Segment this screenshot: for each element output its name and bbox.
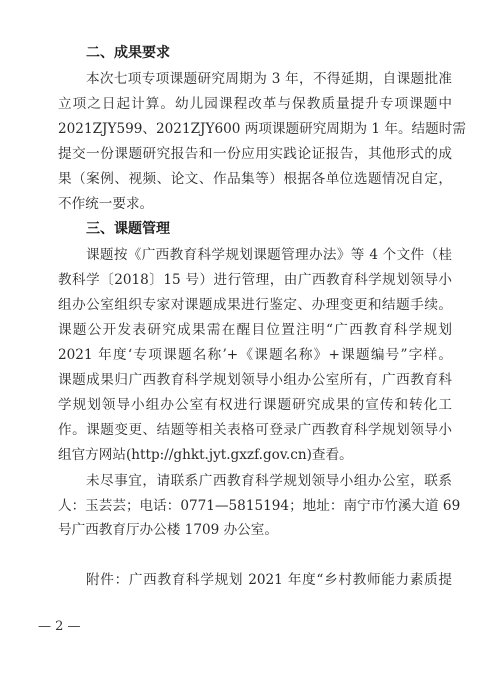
paragraph-line: 提交一份课题研究报告和一份应用实践论证报告，其他形式的成 [58,145,452,163]
paragraph-line: 作。课题变更、结题等相关表格可登录广西教育科学规划领导小 [58,421,452,439]
paragraph-line: 本次七项专项课题研究周期为 3 年，不得延期，自课题批准 [86,70,452,88]
paragraph-line-website: 组官方网站(http://ghkt.jyt.gxzf.gov.cn)查看。 [58,446,452,464]
section-heading-results: 二、成果要求 [86,44,452,62]
paragraph-line: 组办公室组织专家对课题成果进行鉴定、办理变更和结题手续。 [58,296,452,314]
paragraph-line: 课题按《广西教育科学规划课题管理办法》等 4 个文件（桂 [86,246,452,264]
paragraph-line: 果（案例、视频、论文、作品集等）根据各单位选题情况自定， [58,170,452,188]
paragraph-line: 课题公开发表研究成果需在醒目位置注明“广西教育科学规划 [58,321,452,339]
paragraph-line: 2021 年度‘专项课题名称’+《课题名称》+课题编号”字样。 [58,346,452,364]
paragraph-line: 课题成果归广西教育科学规划领导小组办公室所有，广西教育科 [58,371,452,389]
paragraph-line: 未尽事宜，请联系广西教育科学规划领导小组办公室，联系 [86,472,452,490]
paragraph-line: 2021ZJY599、2021ZJY600 两项课题研究周期为 1 年。结题时需 [58,120,452,138]
paragraph-line: 学规划领导小组办公室有权进行课题研究成果的宣传和转化工 [58,396,452,414]
paragraph-line: 号广西教育厅办公楼 1709 办公室。 [58,521,452,539]
paragraph-line-contact: 人：玉芸芸；电话：0771—5815194；地址：南宁市竹溪大道 69 [58,497,452,515]
paragraph-line: 立项之日起计算。幼儿园课程改革与保教质量提升专项课题中 [58,95,452,113]
paragraph-line: 教科学〔2018〕15 号）进行管理，由广西教育科学规划领导小 [58,271,452,289]
page-number: — 2 — [38,619,81,634]
attachment-line: 附件：广西教育科学规划 2021 年度“乡村教师能力素质提 [86,571,452,589]
paragraph-line: 不作统一要求。 [58,195,452,213]
document-page: 二、成果要求 本次七项专项课题研究周期为 3 年，不得延期，自课题批准 立项之日… [0,0,500,676]
section-heading-management: 三、课题管理 [86,220,452,238]
